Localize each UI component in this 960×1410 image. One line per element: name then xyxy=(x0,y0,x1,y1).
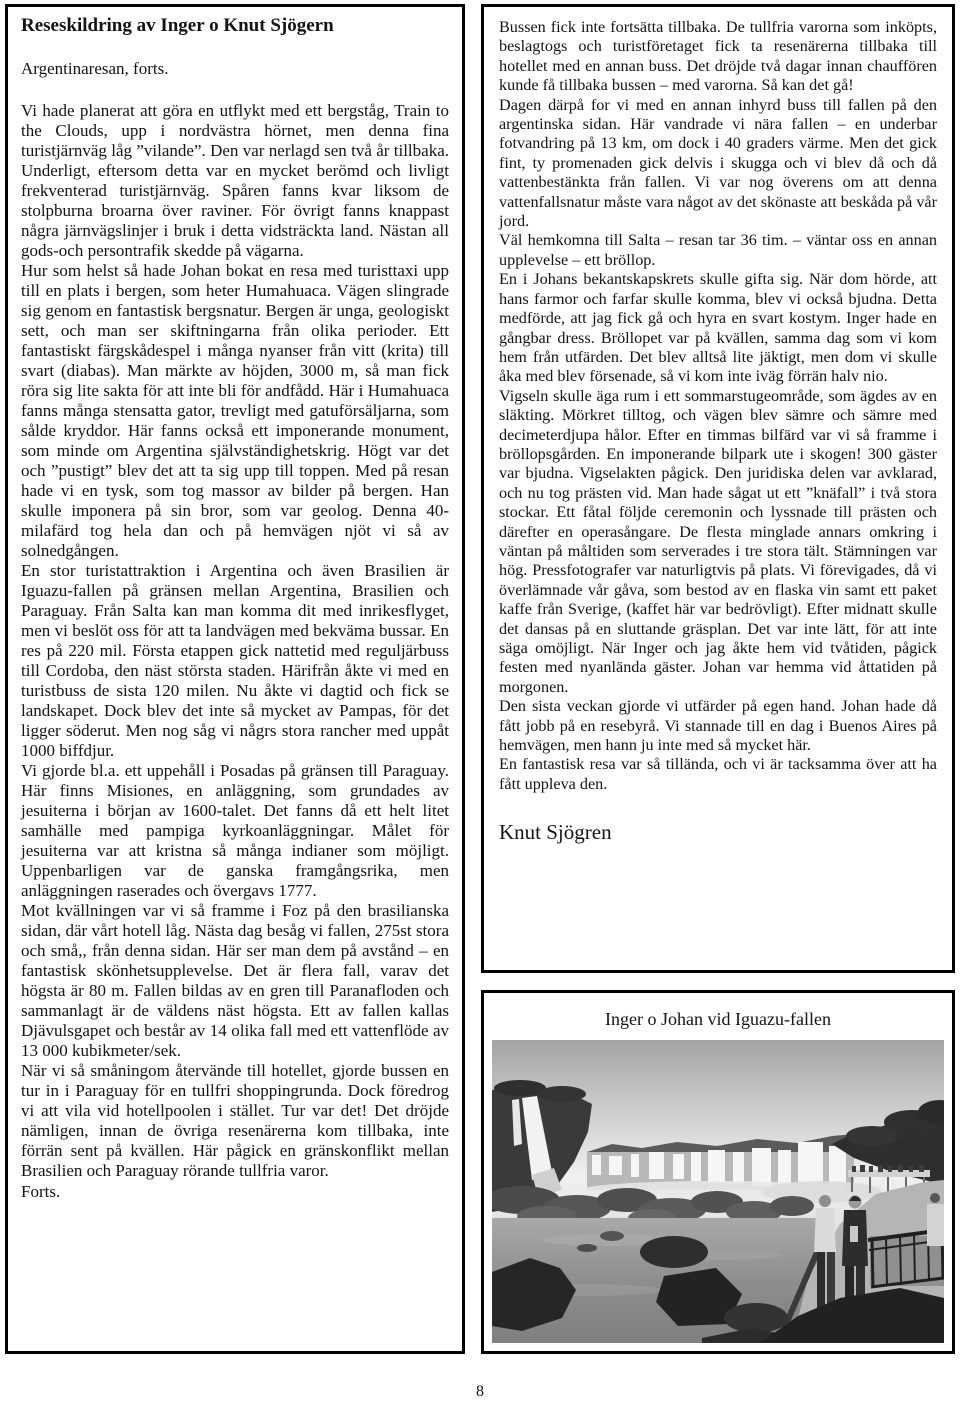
forts-label: Forts. xyxy=(21,1182,449,1202)
article-paragraph: En fantastisk resa var så tillända, och … xyxy=(499,755,937,794)
article-paragraph: Dagen därpå for vi med en annan inhyrd b… xyxy=(499,96,937,232)
article-paragraph: Mot kvällningen var vi så framme i Foz p… xyxy=(21,901,449,1061)
article-paragraph: Den sista veckan gjorde vi utfärder på e… xyxy=(499,697,937,755)
article-paragraph: Vi gjorde bl.a. ett uppehåll i Posadas p… xyxy=(21,761,449,901)
right-article-box: Bussen fick inte fortsätta tillbaka. De … xyxy=(481,4,955,973)
photo-caption: Inger o Johan vid Iguazu-fallen xyxy=(484,993,952,1040)
article-paragraph: Hur som helst så hade Johan bokat en res… xyxy=(21,261,449,561)
article-subtitle: Argentinaresan, forts. xyxy=(21,59,449,79)
signature: Knut Sjögren xyxy=(499,820,937,844)
article-paragraph: Vigseln skulle äga rum i ett sommarstuge… xyxy=(499,387,937,698)
article-paragraph: När vi så småningom återvände till hotel… xyxy=(21,1061,449,1181)
photo-frame xyxy=(492,1040,944,1343)
article-paragraph: Vi hade planerat att göra en utflykt med… xyxy=(21,101,449,261)
article-paragraph: En stor turistattraktion i Argentina och… xyxy=(21,561,449,761)
article-paragraph: Väl hemkomna till Salta – resan tar 36 t… xyxy=(499,231,937,270)
article-title: Reseskildring av Inger o Knut Sjögern xyxy=(21,15,449,37)
article-paragraph: Bussen fick inte fortsätta tillbaka. De … xyxy=(499,18,937,96)
article-paragraph: En i Johans bekantskapskrets skulle gift… xyxy=(499,270,937,386)
left-article-box: Reseskildring av Inger o Knut Sjögern Ar… xyxy=(5,4,465,1354)
iguazu-falls-photo xyxy=(492,1040,944,1343)
photo-box: Inger o Johan vid Iguazu-fallen xyxy=(481,990,955,1354)
document-page: Reseskildring av Inger o Knut Sjögern Ar… xyxy=(0,0,960,1410)
page-number: 8 xyxy=(0,1383,960,1401)
